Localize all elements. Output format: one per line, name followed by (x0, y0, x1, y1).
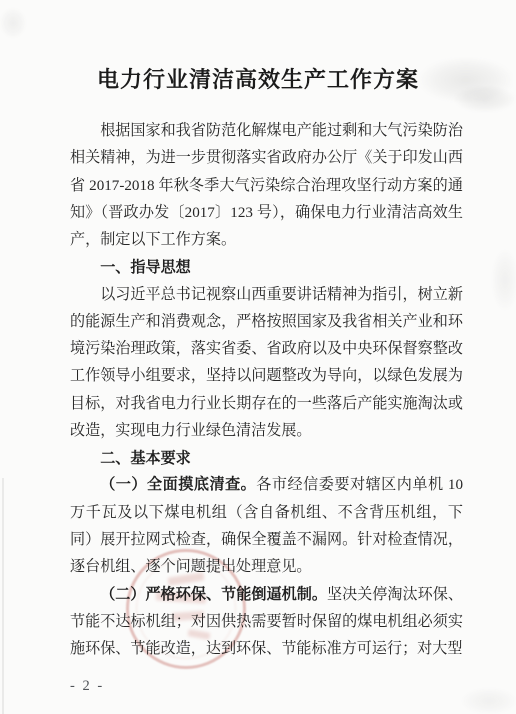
text-segment: 一、指导思想 (100, 259, 191, 276)
text-segment: 根据国家和我省防范化解煤电产能过剩和大气污染防治相关精神，为进一步贯彻落实省政府… (70, 123, 463, 248)
text-segment: 二、基本要求 (100, 450, 191, 467)
text-segment: 以习近平总书记视察山西重要讲话精神为指引，树立新的能源生产和消费观念，严格按照国… (70, 287, 463, 439)
text-segment: （一）全面摸底清查。 (100, 477, 256, 493)
scan-smudge (462, 688, 516, 714)
paragraph: （二）严格环保、节能倒逼机制。坚决关停淘汰环保、节能不达标机组；对因供热需要暂时… (70, 582, 463, 664)
scanned-document-page: 电力行业清洁高效生产工作方案 根据国家和我省防范化解煤电产能过剩和大气污染防治相… (0, 0, 516, 714)
page-number: - 2 - (70, 678, 104, 695)
paragraph: 根据国家和我省防范化解煤电产能过剩和大气污染防治相关精神，为进一步贯彻落实省政府… (70, 118, 463, 254)
section-heading: 一、指导思想 (70, 254, 463, 281)
section-heading: 二、基本要求 (70, 445, 463, 472)
paragraph: （一）全面摸底清查。各市经信委要对辖区内单机 10 万千瓦及以下煤电机组（含自备… (70, 472, 463, 581)
scan-smudge (492, 250, 516, 310)
document-body: 根据国家和我省防范化解煤电产能过剩和大气污染防治相关精神，为进一步贯彻落实省政府… (70, 118, 463, 663)
document-title: 电力行业清洁高效生产工作方案 (0, 66, 516, 94)
scan-smudge (0, 8, 26, 38)
text-segment: （二）严格环保、节能倒逼机制。 (100, 587, 327, 603)
paragraph: 以习近平总书记视察山西重要讲话精神为指引，树立新的能源生产和消费观念，严格按照国… (70, 282, 463, 446)
scan-edge-line (2, 478, 4, 714)
